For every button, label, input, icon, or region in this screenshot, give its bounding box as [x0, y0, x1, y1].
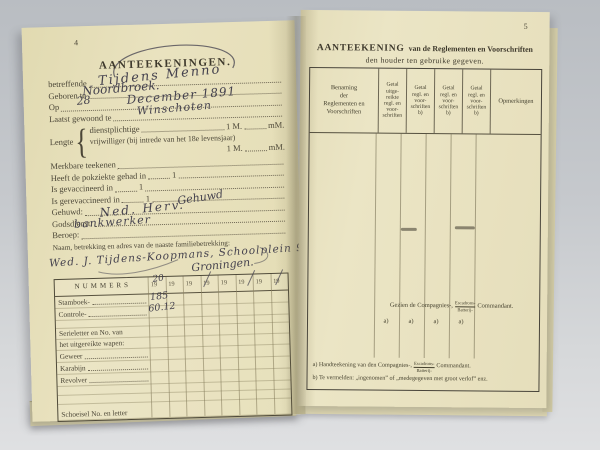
meters-label: 1 M.	[226, 120, 242, 132]
gezien-prefix: Gezien de Compagnies-,	[390, 302, 453, 310]
field-label: Gehuwd:	[52, 206, 83, 218]
year-column: 19	[270, 273, 288, 290]
gezien-line: Gezien de Compagnies-, Escadrons- Batter…	[366, 300, 537, 313]
lengte-block: Lengte { dienstplichtige 1 M. mM. vrijwi…	[49, 120, 285, 160]
handwritten-check-stroke	[275, 269, 283, 285]
brace-glyph: {	[75, 127, 88, 157]
year-column: 19	[165, 276, 183, 293]
reglementen-table: Benaming der Reglementen en Voorschrifte…	[306, 67, 542, 392]
year-column: 19	[253, 274, 271, 291]
dotted-line	[115, 182, 137, 192]
fraction-bottom: Batterij-	[414, 367, 434, 372]
dotted-line	[178, 167, 284, 179]
field-suffix: 1	[146, 193, 151, 205]
left-page: 4 AANTEEKENINGEN. betreffende Tijdens Me…	[22, 20, 306, 421]
column-benaming: Benaming der Reglementen en Voorschrifte…	[310, 68, 380, 133]
field-label: Beroep:	[52, 229, 79, 241]
column-getal-uitgereikt: Getal uitge- reikte regl. en voor- schri…	[379, 69, 408, 133]
reglementen-table-header: Benaming der Reglementen en Voorschrifte…	[310, 68, 542, 135]
footnote-b: b) Te vermelden: „ingenomen” of „medegeg…	[312, 375, 538, 384]
dotted-line	[92, 296, 147, 306]
mark-a: a)	[403, 318, 419, 325]
escadrons-batterij-fraction: Escadrons- Batterij-	[455, 300, 476, 312]
title-main: AANTEEKENING	[317, 43, 405, 54]
mark-a: a)	[453, 318, 469, 325]
nummers-header-label: NUMMERS	[55, 280, 148, 294]
field-suffix: 1	[172, 169, 177, 181]
ink-smudge	[401, 228, 417, 231]
left-page-title: AANTEEKENINGEN.	[47, 55, 282, 75]
right-page-title: AANTEEKENING van de Reglementen en Voors…	[308, 40, 541, 67]
left-page-content: AANTEEKENINGEN. betreffende Tijdens Menn…	[47, 55, 292, 422]
row-label: Karabijn	[60, 362, 86, 374]
field-label: Godsdienst:	[52, 217, 93, 230]
dotted-line	[122, 194, 144, 204]
gezien-suffix: Commandant.	[477, 303, 513, 310]
mark-a: a)	[378, 318, 394, 325]
field-label: Op	[49, 102, 60, 114]
page-number-right: 5	[524, 22, 528, 31]
year-column: 19	[218, 275, 236, 292]
dotted-line	[88, 308, 146, 318]
photo-background: 4 AANTEEKENINGEN. betreffende Tijdens Me…	[0, 0, 600, 450]
millimeters-label: mM.	[268, 119, 285, 131]
row-label: Schoeisel No. en letter	[61, 407, 127, 420]
field-label: Geboren te	[48, 90, 86, 103]
column-getal-3: Getal regl. en voor- schriften b)	[463, 69, 492, 133]
footnote-a: a) Handteekening van den Compagnies-, Es…	[313, 360, 539, 373]
row-label: Stamboek-	[58, 296, 90, 308]
meters-label: 1 M.	[226, 142, 242, 154]
page-number-left: 4	[74, 38, 78, 47]
title-rest: van de Reglementen en Voorschriften	[409, 44, 533, 54]
lengte-label: Lengte	[50, 136, 74, 148]
dotted-line	[87, 361, 148, 371]
year-column: 19	[183, 276, 201, 293]
column-getal-1: Getal regl. en voor- schriften b)	[407, 69, 436, 133]
row-label: Geweer	[60, 350, 83, 362]
row-label: Revolver	[60, 374, 87, 386]
column-getal-2: Getal regl. en voor- schriften b)	[435, 69, 464, 133]
handwritten-family-line2: Groningen.	[191, 256, 254, 274]
signature-marks-row: a) a) a) a)	[308, 317, 539, 329]
year-column: 19	[200, 275, 218, 292]
dotted-line	[84, 349, 148, 359]
dotted-line	[245, 142, 267, 152]
footnotes: a) Handteekening van den Compagnies-, Es…	[307, 357, 538, 393]
mark-a: a)	[428, 318, 444, 325]
row-label: Controle-	[58, 308, 86, 320]
dotted-line	[148, 170, 170, 180]
dotted-line	[141, 121, 224, 132]
footnote-a-prefix: a) Handteekening van den Compagnies-,	[313, 362, 412, 370]
reglementen-table-body: Gezien de Compagnies-, Escadrons- Batter…	[308, 133, 541, 359]
millimeters-label: mM.	[269, 141, 286, 153]
field-label: betreffende	[48, 78, 87, 91]
escadrons-batterij-fraction: Escadrons- Batterij-	[414, 361, 435, 373]
field-suffix: 1	[139, 182, 144, 194]
title-line2: den houder ten gebruike gegeven.	[308, 54, 541, 67]
dotted-line	[244, 120, 266, 130]
year-column: 19	[148, 276, 166, 293]
fraction-bottom: Batterij-	[455, 307, 475, 312]
ink-smudge	[455, 226, 475, 229]
right-page: 5 AANTEEKENING van de Reglementen en Voo…	[297, 10, 549, 408]
dotted-line	[89, 373, 148, 383]
nummers-table: NUMMERS 19 19 19 19 19 19 19 19 Stamboek…	[54, 273, 293, 423]
column-opmerkingen: Opmerkingen	[491, 70, 542, 134]
footnote-a-suffix: Commandant.	[436, 363, 470, 370]
